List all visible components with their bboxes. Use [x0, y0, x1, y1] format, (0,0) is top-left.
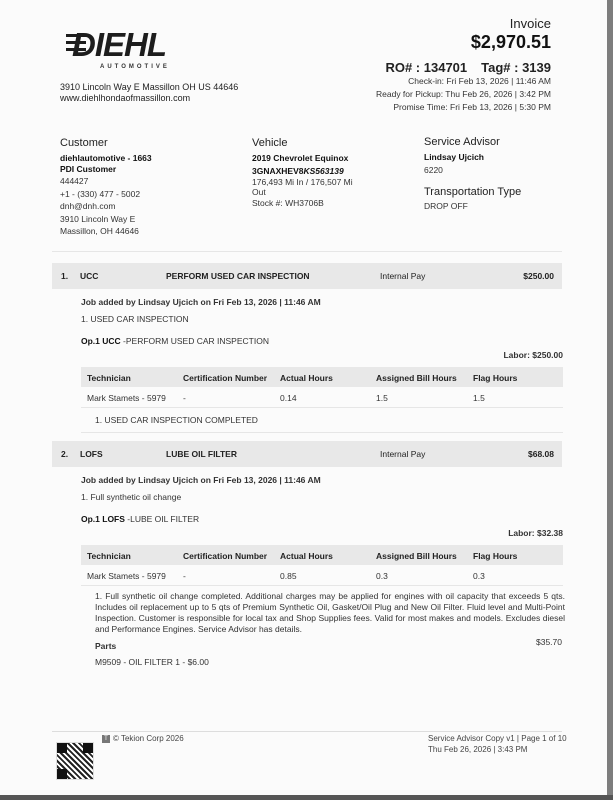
vehicle-title: Vehicle	[252, 137, 353, 149]
dealer-website: www.diehlhondaofmassillon.com	[60, 93, 238, 104]
advisor-name: Lindsay Ujcich	[424, 151, 521, 164]
job-added-by: Job added by Lindsay Ujcich on Fri Feb 1…	[81, 475, 321, 485]
vehicle-model: 2019 Chevrolet Equinox	[252, 152, 353, 165]
job-cause: 1. USED CAR INSPECTION COMPLETED	[95, 415, 258, 425]
customer-section: Customer diehlautomotive - 1663 PDI Cust…	[60, 137, 152, 238]
job-operation: Op.1 LOFS -LUBE OIL FILTER	[81, 514, 199, 524]
scan-edge-right	[607, 0, 613, 800]
section-divider	[52, 251, 562, 252]
advisor-section: Service Advisor Lindsay Ujcich 6220 Tran…	[424, 136, 521, 213]
job-operation: Op.1 UCC -PERFORM USED CAR INSPECTION	[81, 336, 269, 346]
col-flag-hours: Flag Hours	[473, 373, 517, 383]
mileage-line-1: 176,493 Mi In / 176,507 Mi	[252, 177, 353, 187]
customer-street: 3910 Lincoln Way E	[60, 213, 152, 226]
vehicle-section: Vehicle 2019 Chevrolet Equinox 3GNAXHEV8…	[252, 137, 353, 210]
transport-title: Transportation Type	[424, 186, 521, 198]
cell-assigned-bill-hours: 0.3	[376, 571, 388, 581]
cell-technician: Mark Stamets - 5979	[87, 571, 166, 581]
dealer-logo-subtitle: AUTOMOTIVE	[100, 64, 170, 70]
cell-technician: Mark Stamets - 5979	[87, 393, 166, 403]
cell-certification: -	[183, 571, 186, 581]
job-title: LUBE OIL FILTER	[166, 449, 237, 459]
col-actual-hours: Actual Hours	[280, 551, 333, 561]
table-header: Technician Certification Number Actual H…	[81, 367, 563, 387]
col-assigned-bill-hours: Assigned Bill Hours	[376, 373, 457, 383]
job-cause: 1. Full synthetic oil change completed. …	[95, 591, 565, 635]
job-added-by: Job added by Lindsay Ujcich on Fri Feb 1…	[81, 297, 321, 307]
dealer-logo: DIEHL	[72, 26, 166, 64]
technician-table-1: Technician Certification Number Actual H…	[81, 367, 563, 408]
job-concern: 1. USED CAR INSPECTION	[81, 314, 189, 324]
cell-assigned-bill-hours: 1.5	[376, 393, 388, 403]
tekion-logo-icon: T	[102, 735, 110, 743]
job-labor: Labor: $32.38	[508, 528, 563, 538]
footer-divider	[52, 731, 562, 732]
job-divider	[81, 432, 563, 433]
invoice-times: Check-in: Fri Feb 13, 2026 | 11:46 AM Re…	[376, 75, 551, 114]
copyright-text: © Tekion Corp 2026	[113, 734, 184, 743]
vin-prefix: 3GNAXHEV8	[252, 166, 304, 176]
job-header-1: 1. UCC PERFORM USED CAR INSPECTION Inter…	[52, 263, 562, 289]
job-pay-type: Internal Pay	[380, 271, 425, 281]
part-line-item: M9509 - OIL FILTER 1 - $6.00	[95, 657, 209, 667]
cell-certification: -	[183, 393, 186, 403]
job-concern: 1. Full synthetic oil change	[81, 492, 181, 502]
tag-number: Tag# : 3139	[481, 60, 551, 75]
ready-for-pickup-time: Ready for Pickup: Thu Feb 26, 2026 | 3:4…	[376, 88, 551, 101]
dealer-address: 3910 Lincoln Way E Massillon OH US 44646	[60, 82, 238, 93]
printed-timestamp: Thu Feb 26, 2026 | 3:43 PM	[428, 744, 567, 755]
col-technician: Technician	[87, 551, 131, 561]
vehicle-vin: 3GNAXHEV8KS563139	[252, 165, 353, 178]
job-title: PERFORM USED CAR INSPECTION	[166, 271, 310, 281]
footer-info: Service Advisor Copy v1 | Page 1 of 10 T…	[428, 733, 567, 755]
col-technician: Technician	[87, 373, 131, 383]
check-in-time: Check-in: Fri Feb 13, 2026 | 11:46 AM	[376, 75, 551, 88]
job-pay-type: Internal Pay	[380, 449, 425, 459]
scan-edge-bottom	[0, 795, 613, 800]
op-code: Op.1 UCC	[81, 336, 121, 346]
transport-value: DROP OFF	[424, 200, 521, 213]
vehicle-stock: Stock #: WH3706B	[252, 197, 353, 210]
vehicle-mileage: 176,493 Mi In / 176,507 Mi Out	[252, 177, 353, 197]
table-row: Mark Stamets - 5979 - 0.85 0.3 0.3	[81, 565, 563, 586]
job-code: UCC	[80, 271, 98, 281]
job-labor: Labor: $250.00	[503, 350, 563, 360]
vin-suffix: KS563139	[304, 166, 344, 176]
mileage-line-2: Out	[252, 187, 353, 197]
dealer-address-block: 3910 Lincoln Way E Massillon OH US 44646…	[60, 82, 238, 104]
promise-time: Promise Time: Fri Feb 13, 2026 | 5:30 PM	[376, 101, 551, 114]
job-number: 2.	[61, 449, 68, 459]
col-assigned-bill-hours: Assigned Bill Hours	[376, 551, 457, 561]
op-description: -LUBE OIL FILTER	[125, 514, 199, 524]
footer-copyright: T© Tekion Corp 2026	[102, 733, 184, 744]
col-flag-hours: Flag Hours	[473, 551, 517, 561]
customer-id: 444427	[60, 175, 152, 188]
col-certification: Certification Number	[183, 373, 267, 383]
table-row: Mark Stamets - 5979 - 0.14 1.5 1.5	[81, 387, 563, 408]
parts-label: Parts	[95, 641, 116, 651]
cell-flag-hours: 0.3	[473, 571, 485, 581]
customer-email: dnh@dnh.com	[60, 200, 152, 213]
parts-total: $35.70	[536, 637, 562, 647]
op-code: Op.1 LOFS	[81, 514, 125, 524]
cell-actual-hours: 0.85	[280, 571, 297, 581]
op-description: -PERFORM USED CAR INSPECTION	[121, 336, 269, 346]
advisor-title: Service Advisor	[424, 136, 521, 148]
job-code: LOFS	[80, 449, 103, 459]
job-amount: $250.00	[523, 271, 554, 281]
invoice-label: Invoice	[510, 16, 551, 31]
ro-tag-line: RO# : 134701Tag# : 3139	[385, 60, 551, 75]
cell-flag-hours: 1.5	[473, 393, 485, 403]
job-amount: $68.08	[528, 449, 554, 459]
cell-actual-hours: 0.14	[280, 393, 297, 403]
invoice-total: $2,970.51	[471, 32, 551, 53]
advisor-number: 6220	[424, 164, 521, 177]
job-number: 1.	[61, 271, 68, 281]
copy-page-info: Service Advisor Copy v1 | Page 1 of 10	[428, 733, 567, 744]
col-actual-hours: Actual Hours	[280, 373, 333, 383]
col-certification: Certification Number	[183, 551, 267, 561]
customer-phone: +1 - (330) 477 - 5002	[60, 188, 152, 201]
ro-number: RO# : 134701	[385, 60, 467, 75]
customer-city: Massillon, OH 44646	[60, 225, 152, 238]
customer-title: Customer	[60, 137, 152, 149]
table-header: Technician Certification Number Actual H…	[81, 545, 563, 565]
qr-code-icon	[56, 742, 94, 780]
technician-table-2: Technician Certification Number Actual H…	[81, 545, 563, 586]
job-header-2: 2. LOFS LUBE OIL FILTER Internal Pay $68…	[52, 441, 562, 467]
invoice-page: DIEHL AUTOMOTIVE 3910 Lincoln Way E Mass…	[0, 0, 607, 795]
